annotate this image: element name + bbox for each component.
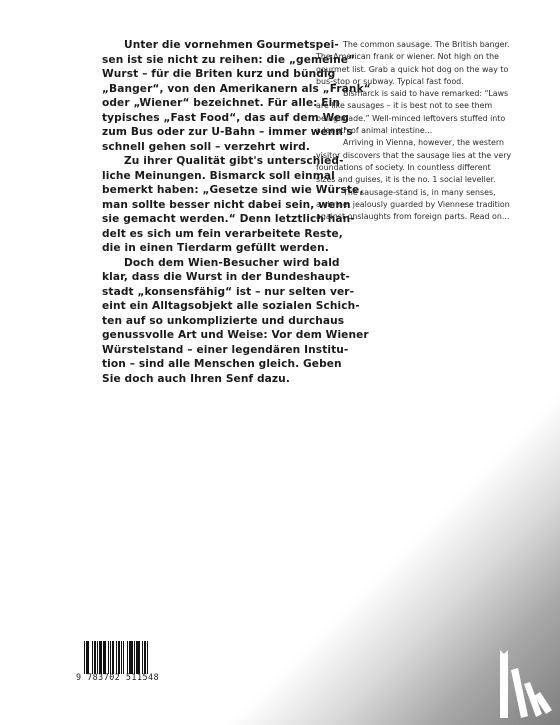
- text-line: typisches „Fast Food“, das auf dem Weg: [80, 111, 300, 126]
- text-line: klar, dass die Wurst in der Bundeshaupt-: [80, 270, 300, 285]
- german-paragraph-2: Zu ihrer Qualität gibt's unterschied- li…: [80, 154, 300, 256]
- text-line: sen ist sie nicht zu reihen: die „gemein…: [80, 53, 300, 68]
- text-line: foundations of society. In countless dif…: [316, 162, 511, 174]
- text-line: Arriving in Vienna, however, the western: [316, 137, 511, 149]
- text-line: Doch dem Wien-Besucher wird bald: [80, 256, 300, 271]
- barcode-icon: [84, 641, 174, 674]
- text-line: a length of animal intestine...: [316, 125, 511, 137]
- english-text-column: The common sausage. The British banger. …: [316, 39, 511, 223]
- english-paragraph-2: Bismarck is said to have remarked: “Laws…: [316, 88, 511, 137]
- text-line: genussvolle Art und Weise: Vor dem Wiene…: [80, 328, 300, 343]
- text-line: oder „Wiener“ bezeichnet. Für alle: Ein: [80, 96, 300, 111]
- german-paragraph-1: Unter die vornehmen Gourmetspei- sen ist…: [80, 38, 300, 154]
- text-line: eint ein Alltagsobjekt alle sozialen Sch…: [80, 299, 300, 314]
- isbn-number: 9 783702 511548: [76, 672, 186, 682]
- text-line: liche Meinungen. Bismarck soll einmal: [80, 169, 300, 184]
- books-logo-icon: [496, 640, 556, 720]
- text-line: stadt „konsensfähig“ ist – nur selten ve…: [80, 285, 300, 300]
- text-line: die in einen Tierdarm gefüllt werden.: [80, 241, 300, 256]
- text-line: schnell gehen soll – verzehrt wird.: [80, 140, 300, 155]
- text-line: The sausage-stand is, in many senses,: [316, 187, 511, 199]
- text-line: Würstelstand – einer legendären Institu-: [80, 343, 300, 358]
- text-line: sizes and guises, it is the no. 1 social…: [316, 174, 511, 186]
- text-line: ten auf so unkomplizierte und durchaus: [80, 314, 300, 329]
- text-line: bus-stop or subway. Typical fast food.: [316, 76, 511, 88]
- text-line: bemerkt haben: „Gesetze sind wie Würste,: [80, 183, 300, 198]
- text-line: Bismarck is said to have remarked: “Laws: [316, 88, 511, 100]
- text-line: Wurst – für die Briten kurz und bündig: [80, 67, 300, 82]
- english-paragraph-1: The common sausage. The British banger. …: [316, 39, 511, 88]
- text-line: are like sausages – it is best not to se…: [316, 100, 511, 112]
- text-line: being made.” Well-minced leftovers stuff…: [316, 113, 511, 125]
- text-line: Unter die vornehmen Gourmetspei-: [80, 38, 300, 53]
- text-line: The common sausage. The British banger.: [316, 39, 511, 51]
- text-line: visitor discovers that the sausage lies …: [316, 150, 511, 162]
- text-line: man sollte besser nicht dabei sein, wenn: [80, 198, 300, 213]
- text-line: gourmet list. Grab a quick hot dog on th…: [316, 64, 511, 76]
- english-paragraph-4: The sausage-stand is, in many senses, a …: [316, 187, 511, 224]
- text-line: a shrine, jealously guarded by Viennese …: [316, 199, 511, 211]
- text-line: Zu ihrer Qualität gibt's unterschied-: [80, 154, 300, 169]
- text-line: zum Bus oder zur U-Bahn – immer wenn's: [80, 125, 300, 140]
- english-paragraph-3: Arriving in Vienna, however, the western…: [316, 137, 511, 186]
- german-paragraph-3: Doch dem Wien-Besucher wird bald klar, d…: [80, 256, 300, 387]
- text-line: The American frank or wiener. Not high o…: [316, 51, 511, 63]
- text-line: sie gemacht werden.“ Denn letztlich han-: [80, 212, 300, 227]
- text-line: tion – sind alle Menschen gleich. Geben: [80, 357, 300, 372]
- german-text-column: Unter die vornehmen Gourmetspei- sen ist…: [80, 38, 300, 386]
- text-line: against onslaughts from foreign parts. R…: [316, 211, 511, 223]
- text-line: delt es sich um fein verarbeitete Reste,: [80, 227, 300, 242]
- text-line: „Banger“, von den Amerikanern als „Frank…: [80, 82, 300, 97]
- text-line: Sie doch auch Ihren Senf dazu.: [80, 372, 300, 387]
